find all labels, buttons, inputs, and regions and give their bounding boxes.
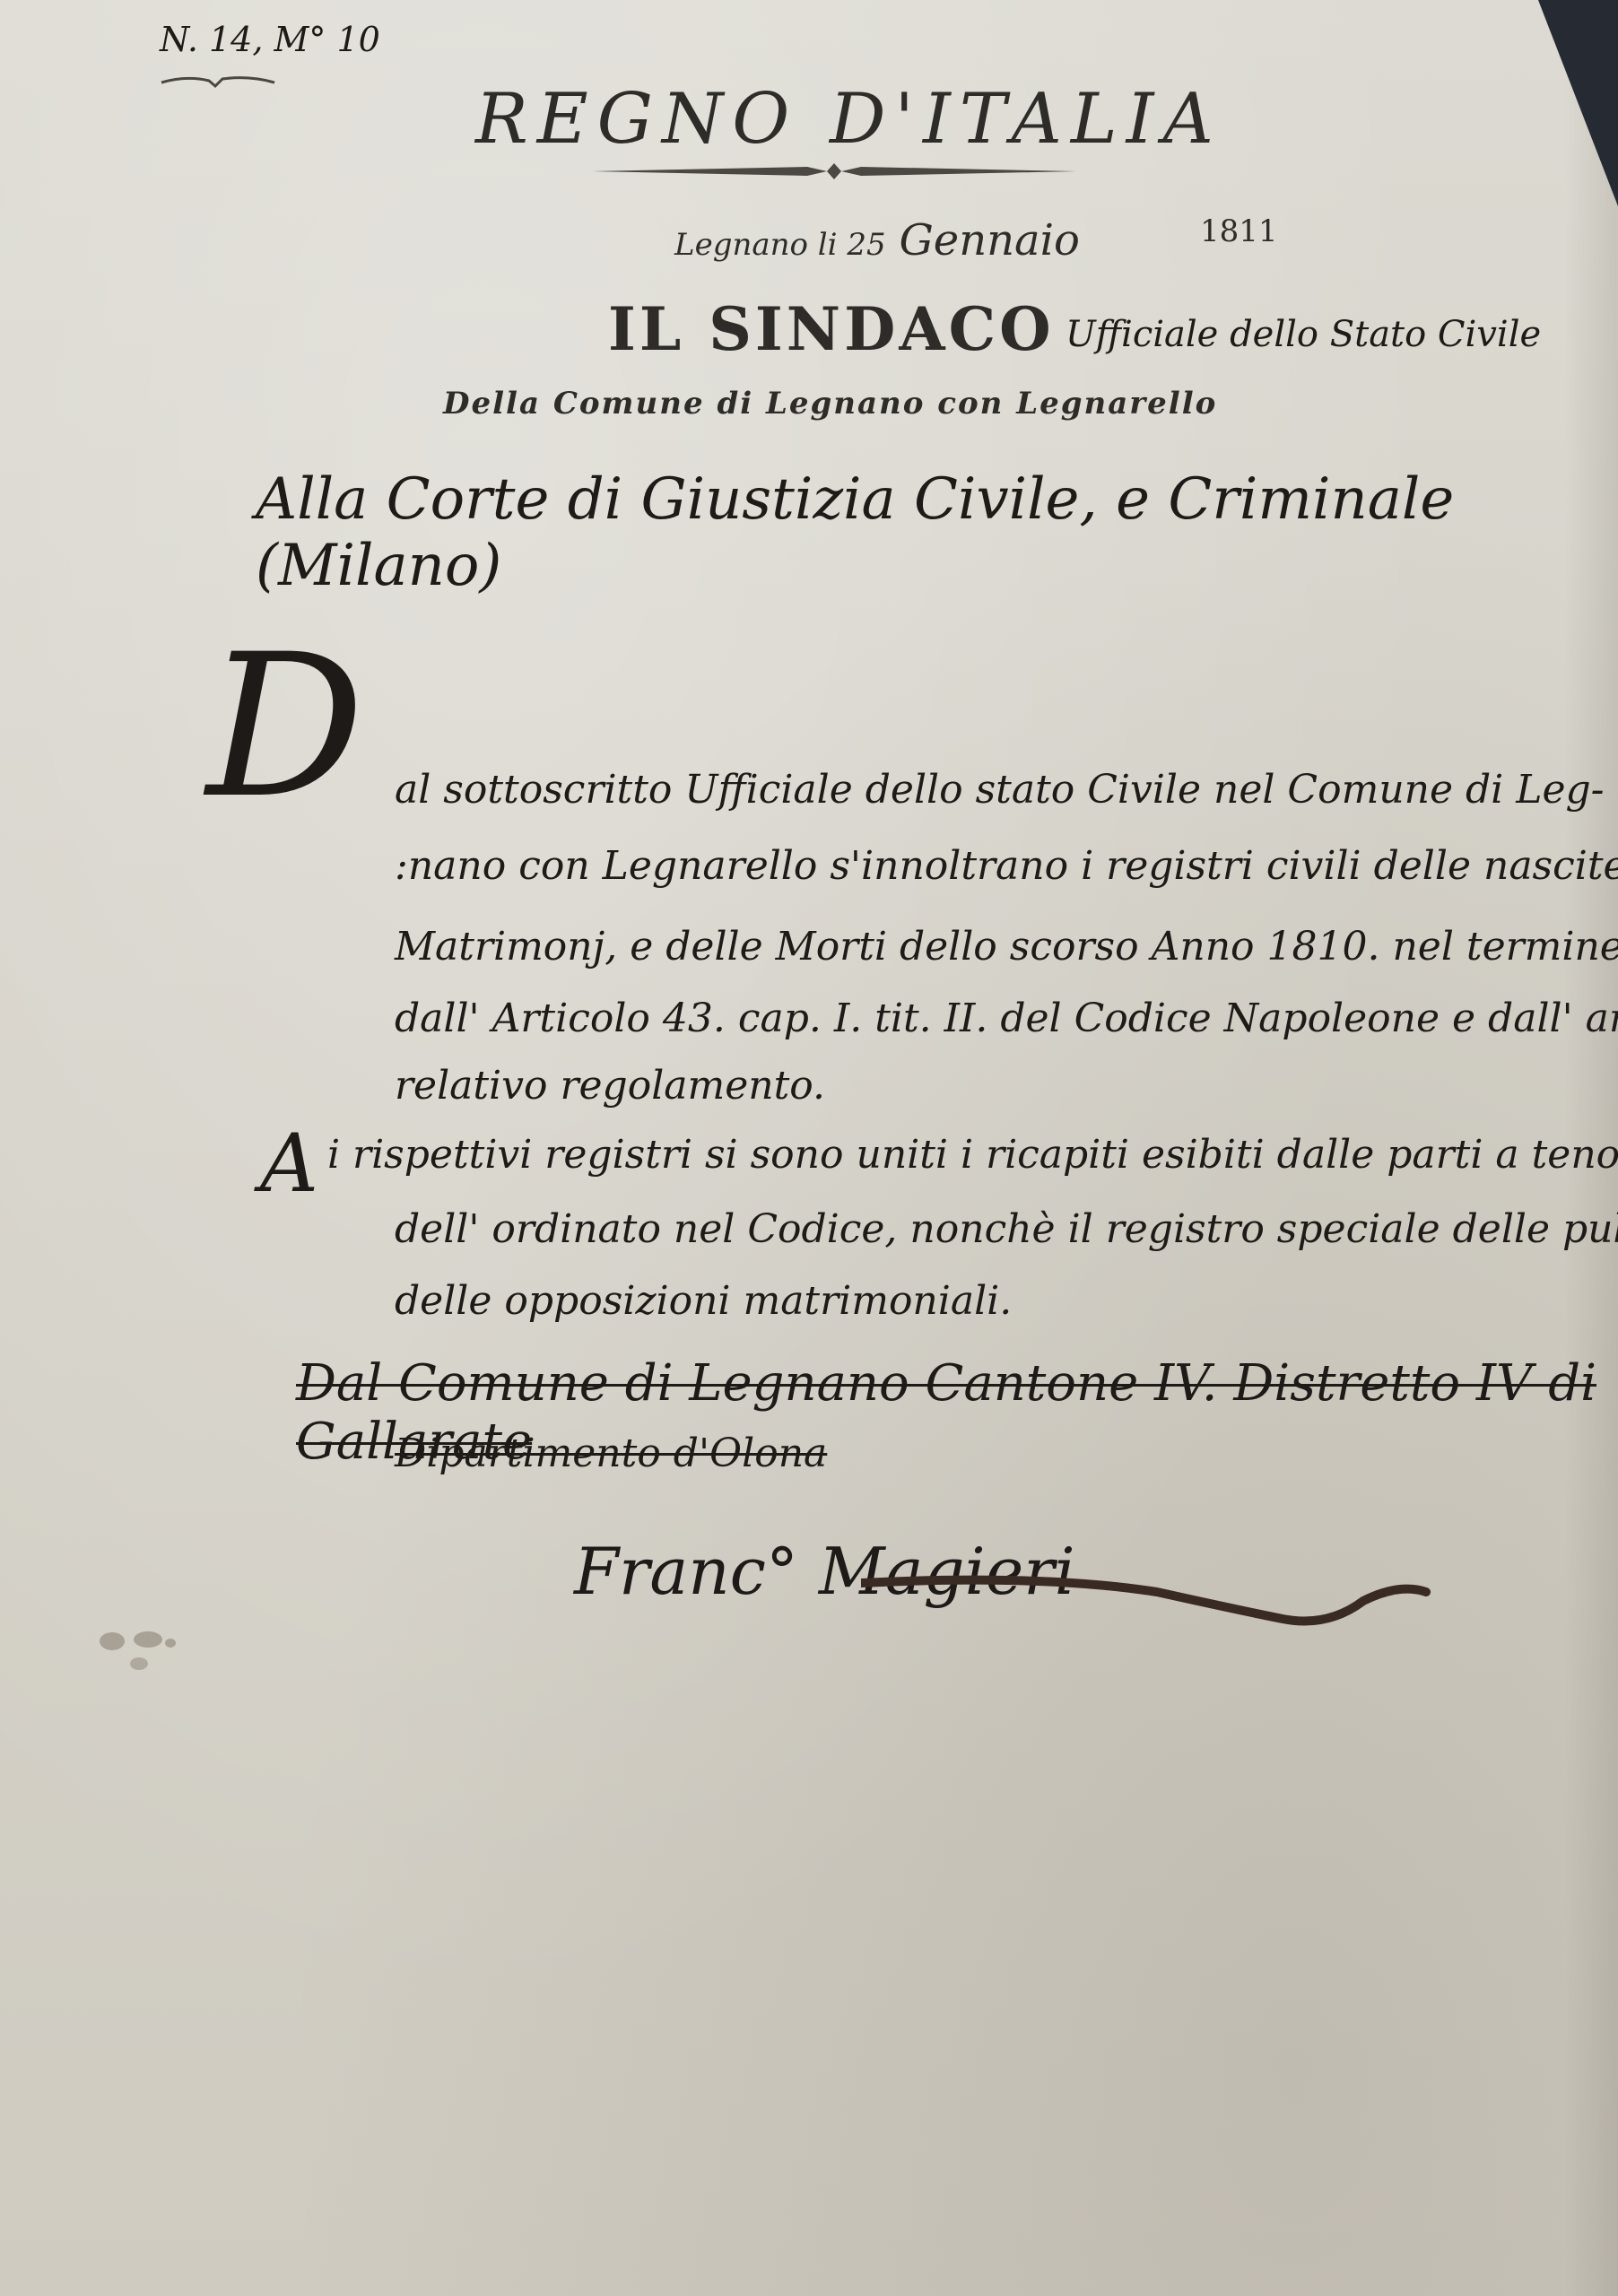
reference-number: N. 14, M° 10	[160, 20, 380, 59]
page-title: REGNO D'ITALIA	[475, 79, 1222, 160]
issuer-title: IL SINDACO	[608, 294, 1055, 364]
body-line-3: Matrimonj, e delle Morti dello scorso An…	[395, 924, 1618, 970]
addressee: Alla Corte di Giustizia Civile, e Crimin…	[256, 466, 1618, 599]
body-line-5: relativo regolamento.	[395, 1063, 825, 1109]
reference-flourish-icon	[160, 74, 276, 90]
drop-cap-a: A	[260, 1117, 318, 1211]
date-prefix: Legnano li 25	[674, 227, 886, 263]
date-year: 1811	[1200, 213, 1278, 249]
body-line-8: delle opposizioni matrimoniali.	[395, 1278, 1012, 1324]
issuer-role: Ufficiale dello Stato Civile	[1066, 314, 1541, 355]
struck-line-2: Dipartimento d'Olona	[395, 1431, 827, 1476]
date-place: Legnano li 25 Gennaio	[674, 215, 1080, 265]
document-page: N. 14, M° 10 REGNO D'ITALIA Legnano li 2…	[0, 0, 1618, 2296]
body-line-6: i rispettivi registri si sono uniti i ri…	[327, 1132, 1618, 1178]
signature-flourish-icon	[861, 1565, 1435, 1637]
date-month: Gennaio	[899, 215, 1079, 265]
issuer-commune: Della Comune di Legnano con Legnarello	[443, 386, 1217, 422]
body-line-2: :nano con Legnarello s'innoltrano i regi…	[395, 843, 1618, 889]
ink-stain-icon	[90, 1623, 197, 1677]
body-line-4: dall' Articolo 43. cap. I. tit. II. del …	[395, 996, 1618, 1041]
ornamental-rule-icon	[592, 161, 1076, 181]
body-line-7: dell' ordinato nel Codice, nonchè il reg…	[395, 1206, 1618, 1252]
drop-cap-d: D	[206, 628, 364, 825]
body-line-1: al sottoscritto Ufficiale dello stato Ci…	[395, 767, 1605, 813]
